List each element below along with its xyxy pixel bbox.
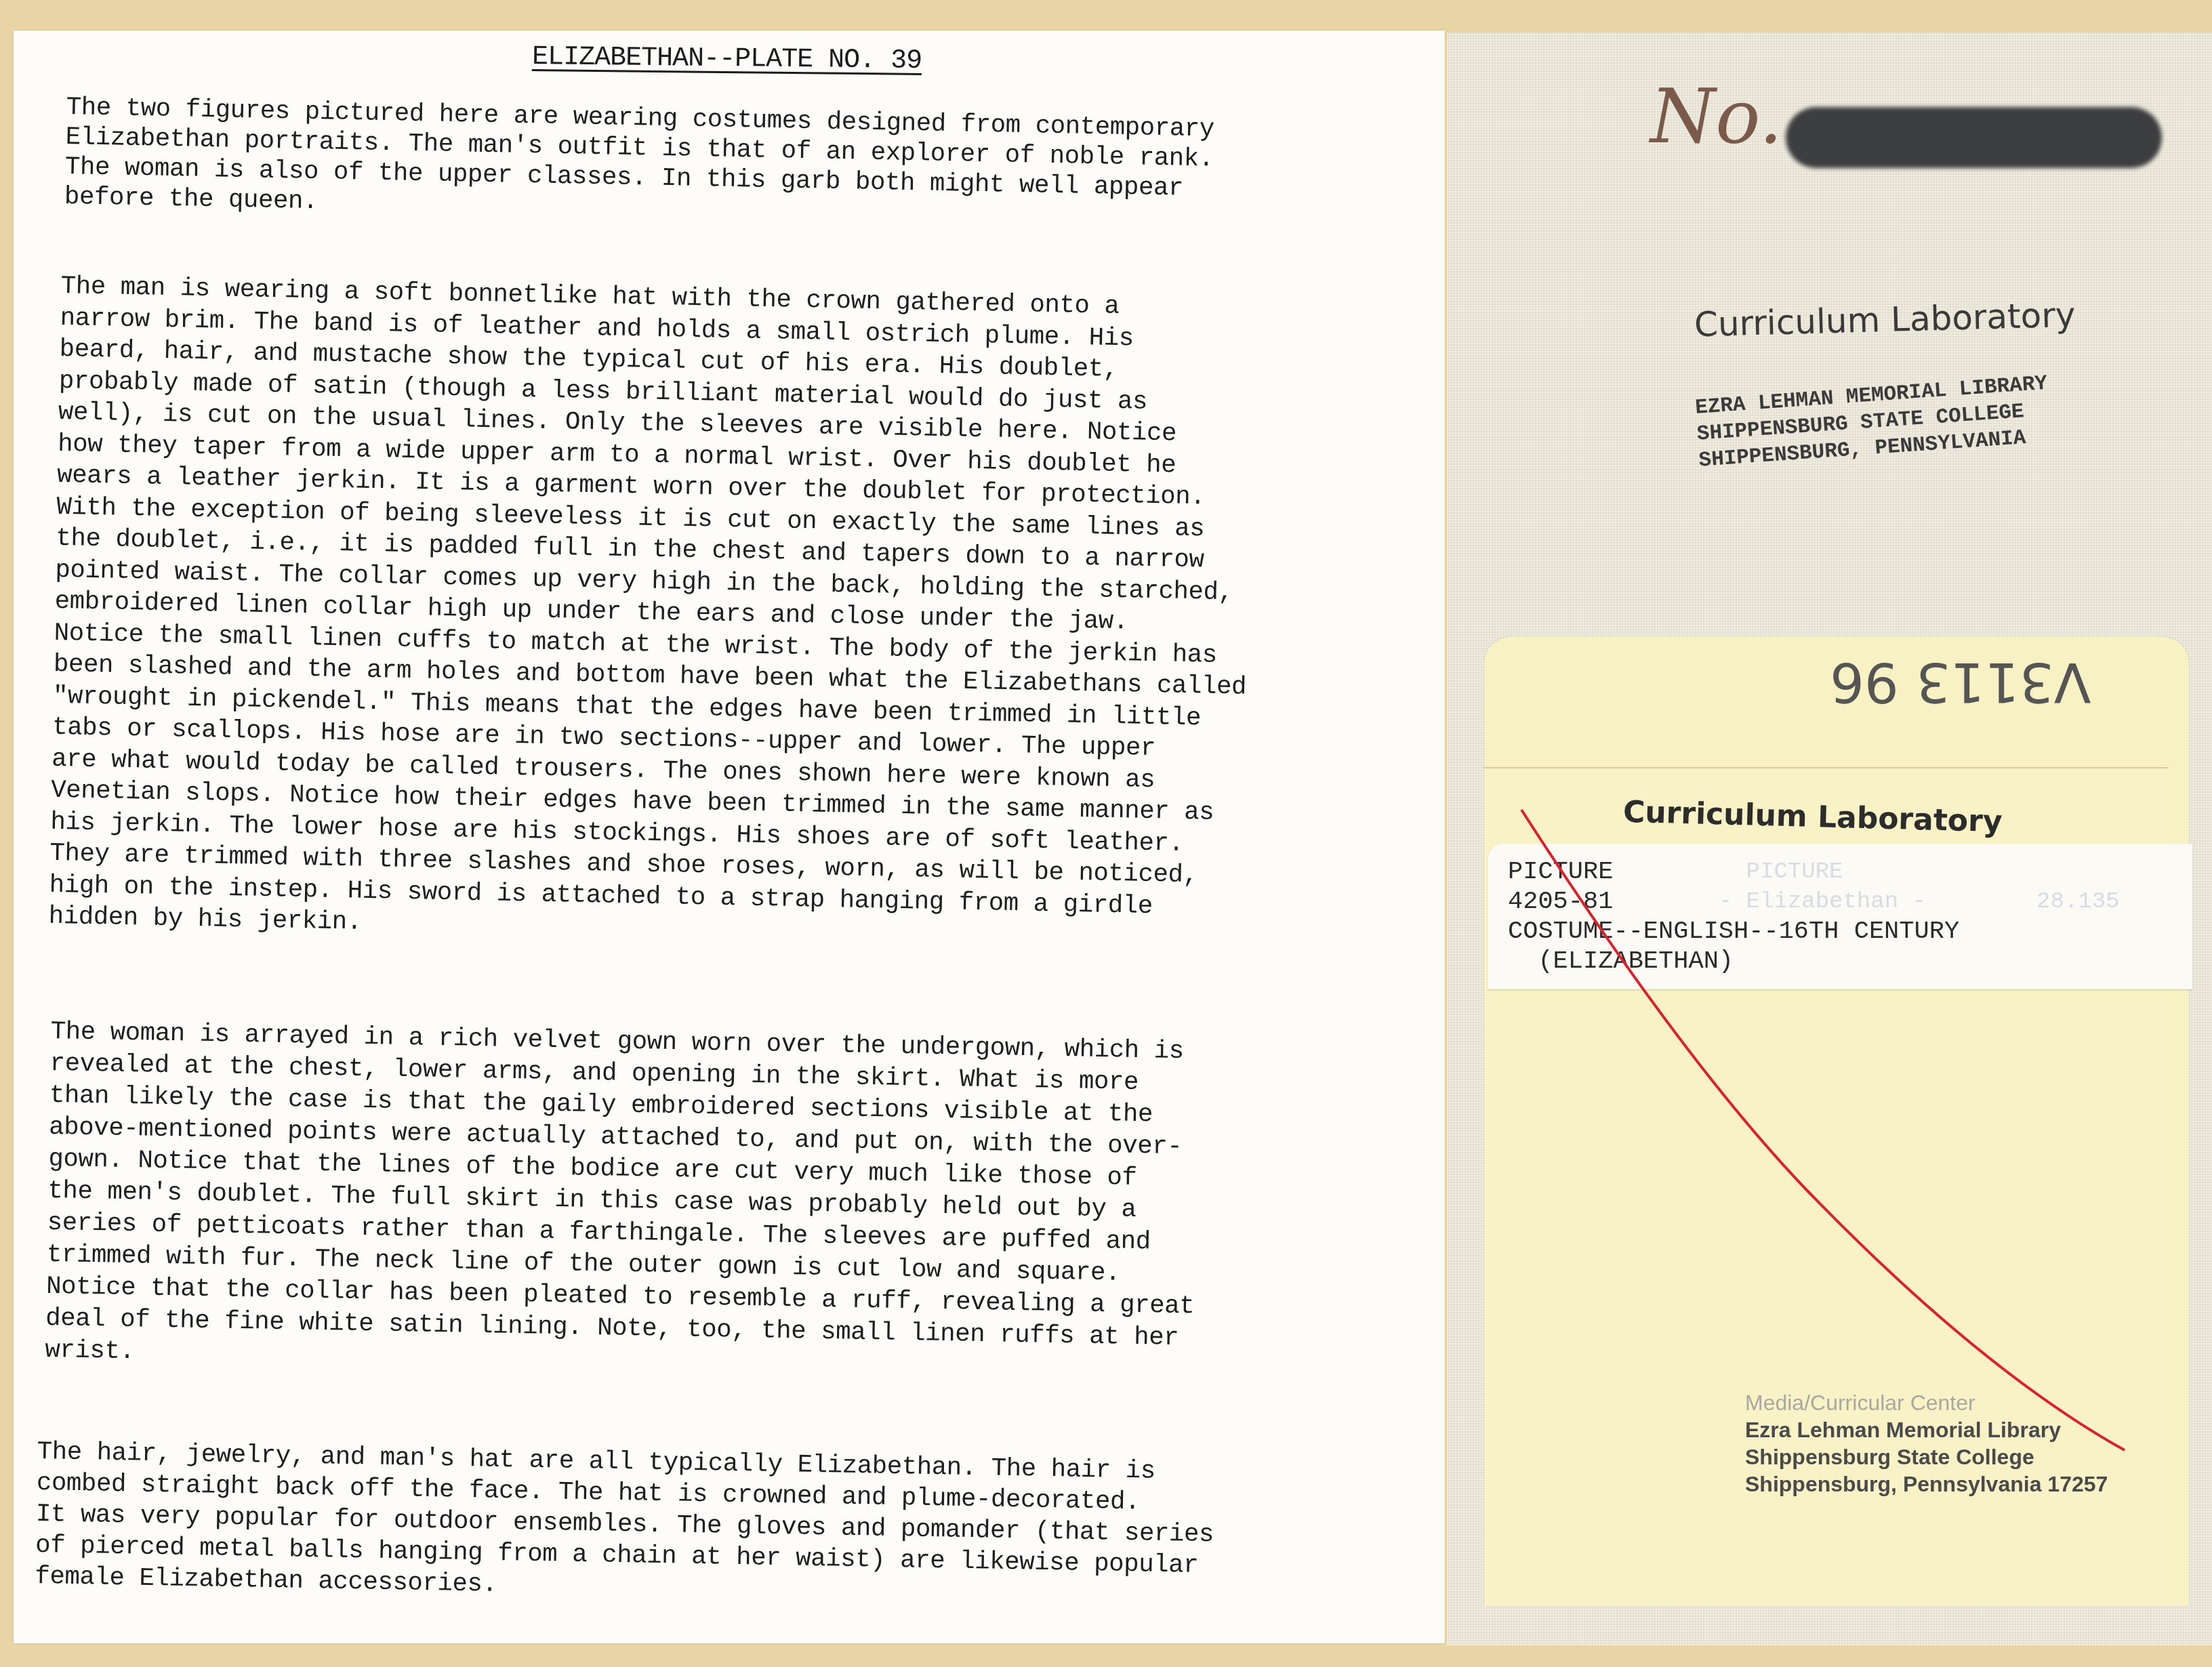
stamp-line-college: Shippensburg State College [1745,1445,2034,1469]
redacted-number-mark [1786,107,2162,168]
card-typed-text: PICTURE 4205-81 COSTUME--ENGLISH--16TH C… [1508,857,1959,976]
pocket-slot-edge [1484,767,2169,768]
card-line-subject-sub: (ELIZABETHAN) [1508,947,1734,976]
catalog-card[interactable]: PICTURE - Elizabethan - 28.135 PICTURE 4… [1488,844,2192,989]
handwritten-call-number: V3113 96 [1830,651,2091,714]
paragraph-woman: The woman is arrayed in a rich velvet go… [45,1016,1413,1391]
media-center-stamp: Media/Curricular Center Ezra Lehman Memo… [1745,1389,2108,1498]
paragraph-intro: The two figures pictured here are wearin… [64,93,1429,239]
stamp-line-city: Shippensburg, Pennsylvania 17257 [1745,1472,2108,1496]
card-line-number: 4205-81 [1508,888,1613,916]
card-line-type: PICTURE [1508,858,1613,886]
page-title: ELIZABETHAN--PLATE NO. 39 [532,42,922,77]
paragraph-man: The man is wearing a soft bonnetlike hat… [48,271,1422,959]
typed-description-sheet: ELIZABETHAN--PLATE NO. 39 The two figure… [14,30,1445,1643]
library-card-pocket: V3113 96 Curriculum Laboratory PICTURE -… [1484,637,2189,1606]
stamp-line-faint: Media/Curricular Center [1745,1391,1975,1415]
stamp-line-library: Ezra Lehman Memorial Library [1745,1418,2061,1442]
handwritten-number-label: No. [1650,73,1783,160]
card-line-subject: COSTUME--ENGLISH--16TH CENTURY [1508,918,1959,946]
paragraph-accessories: The hair, jewelry, and man's hat are all… [35,1437,1399,1616]
library-address-stamp: EZRA LEHMAN MEMORIAL LIBRARY SHIPPENSBUR… [1694,371,2052,474]
curriculum-laboratory-stamp: Curriculum Laboratory [1694,295,2076,345]
